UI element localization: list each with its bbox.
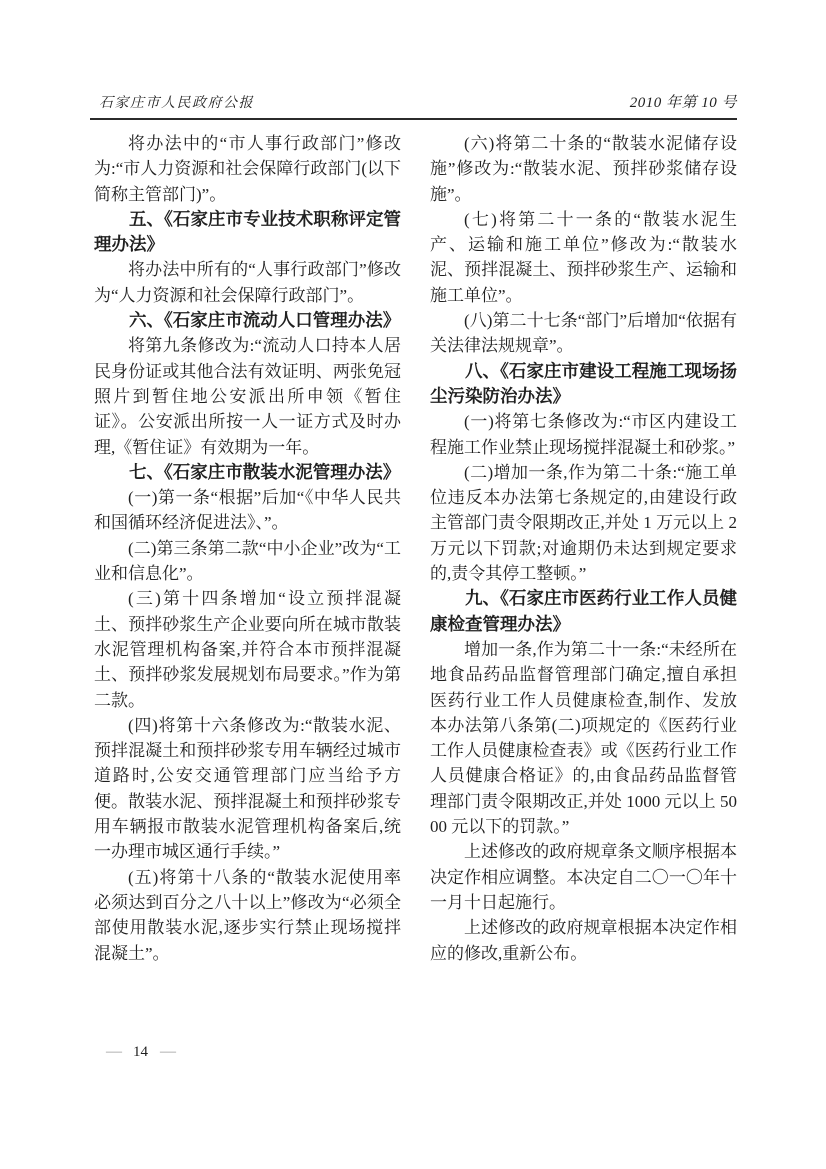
section-heading: 七、《石家庄市散装水泥管理办法》: [94, 460, 401, 485]
document-body: 将办法中的“市人事行政部门”修改为:“市人力资源和社会保障行政部门(以下简称主管…: [94, 131, 737, 966]
paragraph: (七)将第二十一条的“散装水泥生产、运输和施工单位”修改为:“散装水泥、预拌混凝…: [430, 207, 737, 308]
footer-dash-left: —: [106, 1043, 121, 1061]
section-heading: 九、《石家庄市医药行业工作人员健康检查管理办法》: [430, 586, 737, 637]
issue-label: 2010 年第 10 号: [630, 91, 737, 112]
paragraph: (八)第二十七条“部门”后增加“依据有关法律法规规章”。: [430, 308, 737, 359]
paragraph: (一)将第七条修改为:“市区内建设工程施工作业禁止现场搅拌混凝土和砂浆。”: [430, 409, 737, 460]
paragraph: (四)将第十六条修改为:“散装水泥、预拌混凝土和预拌砂浆专用车辆经过城市道路时,…: [94, 713, 401, 865]
page-number: 14: [133, 1044, 148, 1061]
footer-dash-right: —: [160, 1043, 175, 1061]
paragraph: (五)将第十八条的“散装水泥使用率必须达到百分之八十以上”修改为“必须全部使用散…: [94, 865, 401, 966]
section-heading: 六、《石家庄市流动人口管理办法》: [94, 308, 401, 333]
journal-title: 石家庄市人民政府公报: [90, 92, 254, 112]
section-heading: 八、《石家庄市建设工程施工现场扬尘污染防治办法》: [430, 359, 737, 410]
paragraph: 将办法中的“市人事行政部门”修改为:“市人力资源和社会保障行政部门(以下简称主管…: [94, 131, 401, 207]
paragraph: (二)增加一条,作为第二十条:“施工单位违反本办法第七条规定的,由建设行政主管部…: [430, 460, 737, 586]
section-heading: 五、《石家庄市专业技术职称评定管理办法》: [94, 207, 401, 258]
column-right: (六)将第二十条的“散装水泥储存设施”修改为:“散装水泥、预拌砂浆储存设施”。(…: [430, 131, 737, 966]
column-left: 将办法中的“市人事行政部门”修改为:“市人力资源和社会保障行政部门(以下简称主管…: [94, 131, 401, 966]
gazette-page: 石家庄市人民政府公报 2010 年第 10 号 将办法中的“市人事行政部门”修改…: [0, 0, 826, 1169]
paragraph: (一)第一条“根据”后加“《中华人民共和国循环经济促进法》、”。: [94, 485, 401, 536]
paragraph: 上述修改的政府规章条文顺序根据本决定作相应调整。本决定自二〇一〇年十一月十日起施…: [430, 839, 737, 915]
paragraph: (二)第三条第二款“中小企业”改为“工业和信息化”。: [94, 536, 401, 587]
paragraph: 上述修改的政府规章根据本决定作相应的修改,重新公布。: [430, 915, 737, 966]
paragraph: 增加一条,作为第二十一条:“未经所在地食品药品监督管理部门确定,擅自承担医药行业…: [430, 637, 737, 839]
page-footer: — 14 —: [106, 1043, 175, 1061]
paragraph: 将办法中所有的“人事行政部门”修改为“人力资源和社会保障行政部门”。: [94, 257, 401, 308]
paragraph: 将第九条修改为:“流动人口持本人居民身份证或其他合法有效证明、两张免冠照片到暂住…: [94, 333, 401, 459]
paragraph: (六)将第二十条的“散装水泥储存设施”修改为:“散装水泥、预拌砂浆储存设施”。: [430, 131, 737, 207]
paragraph: (三)第十四条增加“设立预拌混凝土、预拌砂浆生产企业要向所在城市散装水泥管理机构…: [94, 586, 401, 712]
page-header: 石家庄市人民政府公报 2010 年第 10 号: [90, 91, 737, 120]
